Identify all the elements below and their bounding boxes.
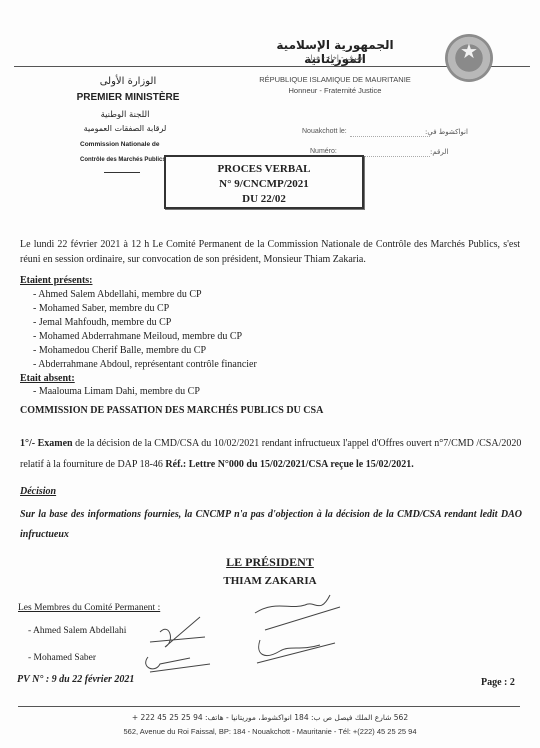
footer-divider: [18, 706, 520, 707]
commission-divider: [104, 172, 140, 173]
section-title: COMMISSION DE PASSATION DES MARCHÉS PUBL…: [20, 405, 323, 416]
present-member: - Mohamedou Cherif Balle, membre du CP: [33, 345, 206, 356]
title-line3: DU 22/02: [166, 192, 362, 207]
signing-member: - Ahmed Salem Abdellahi: [28, 626, 126, 636]
president-title: LE PRÉSIDENT: [0, 555, 540, 570]
place-field-line: [350, 136, 430, 137]
commission-line1: Commission Nationale de: [80, 141, 180, 148]
present-member: - Ahmed Salem Abdellahi, membre du CP: [33, 289, 202, 300]
member-signatures: [140, 612, 220, 682]
number-label: Numéro:: [310, 148, 337, 155]
footer-address-arabic: 562 شارع الملك فيصل ص ب: 184 انواكشوط، م…: [0, 713, 540, 722]
place-label-arabic: انواكشوط في:: [425, 128, 468, 136]
absent-member: - Maalouma Limam Dahi, membre du CP: [33, 386, 200, 397]
footer-address: 562, Avenue du Roi Faissal, BP: 184 - No…: [0, 727, 540, 736]
signing-member: - Mohamed Saber: [28, 653, 96, 663]
title-line1: PROCES VERBAL: [166, 162, 362, 177]
arabic-commission-line1: اللجنة الوطنية: [80, 110, 170, 120]
item-reference: Réf.: Lettre N°000 du 15/02/2021/CSA reç…: [165, 459, 413, 470]
page-number: Page : 2: [481, 677, 515, 688]
members-heading: Les Membres du Comité Permanent :: [18, 603, 160, 613]
present-heading: Etaient présents:: [20, 275, 93, 286]
republic-name: RÉPUBLIQUE ISLAMIQUE DE MAURITANIE: [235, 75, 435, 84]
arabic-ministry: الوزارة الأولى: [80, 76, 176, 87]
pv-reference: PV N° : 9 du 22 février 2021: [17, 674, 134, 685]
present-member: - Jemal Mahfoudh, membre du CP: [33, 317, 171, 328]
absent-heading: Etait absent:: [20, 373, 75, 384]
president-signature: [235, 585, 355, 670]
intro-paragraph: Le lundi 22 février 2021 à 12 h Le Comit…: [20, 237, 520, 267]
arabic-commission-line2: لرقابة الصفقات العمومية: [70, 124, 180, 133]
republic-motto: Honneur - Fraternité Justice: [235, 86, 435, 95]
decision-text: Sur la base des informations fournies, l…: [20, 505, 522, 545]
present-member: - Mohamed Abderrahmane Meiloud, membre d…: [33, 331, 242, 342]
place-label: Nouakchott le:: [302, 128, 347, 135]
item-keyword: Examen: [38, 438, 73, 449]
number-label-arabic: الرقم:: [430, 148, 448, 156]
item-number: 1°/-: [20, 438, 35, 449]
present-member: - Mohamed Saber, membre du CP: [33, 303, 169, 314]
decision-heading: Décision: [20, 486, 56, 497]
present-member: - Abderrahmane Abdoul, représentant cont…: [33, 359, 257, 370]
title-line2: N° 9/CNCMP/2021: [166, 177, 362, 192]
national-seal-icon: ★: [445, 34, 493, 82]
title-box: PROCES VERBAL N° 9/CNCMP/2021 DU 22/02: [164, 155, 364, 209]
arabic-motto: شرف - إخاء - عدل: [285, 54, 385, 62]
ministry: PREMIER MINISTÈRE: [70, 92, 186, 103]
agenda-item: 1°/- Examen de la décision de la CMD/CSA…: [20, 433, 522, 475]
